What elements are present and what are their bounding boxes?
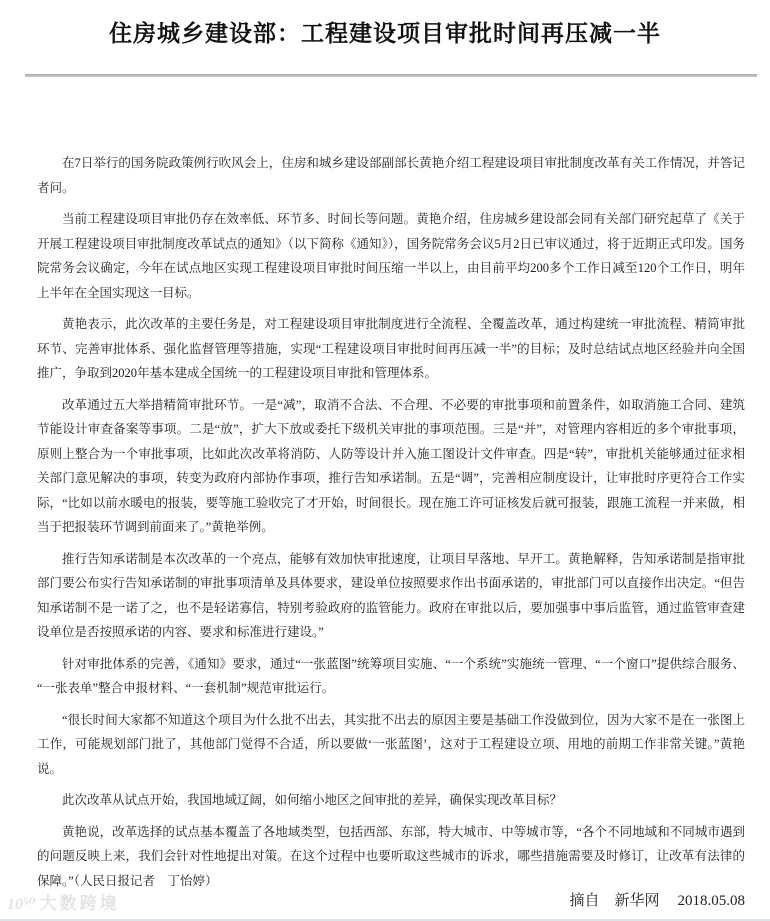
title-divider xyxy=(25,74,757,77)
article-paragraph: 当前工程建设项目审批仍存在效率低、环节多、时间长等问题。黄艳介绍，住房城乡建设部… xyxy=(37,207,745,305)
source-name-label: 新华网 xyxy=(614,893,659,909)
article-paragraph: 黄艳说，改革选择的试点基本覆盖了各地域类型，包括西部、东部，特大城市、中等城市等… xyxy=(37,820,745,894)
source-prefix-label: 摘自 xyxy=(569,893,599,909)
article-paragraph: 推行告知承诺制是本次改革的一个亮点，能够有效加快审批速度，让项目早落地、早开工。… xyxy=(37,547,745,645)
article-paragraph: 黄艳表示，此次改革的主要任务是，对工程建设项目审批制度进行全流程、全覆盖改革，通… xyxy=(37,312,745,386)
article-body: 在7日举行的国务院政策例行吹风会上，住房和城乡建设部副部长黄艳介绍工程建设项目审… xyxy=(37,151,745,900)
watermark-text: 大数跨境 xyxy=(40,894,120,913)
article-paragraph: 改革通过五大举措精简审批环节。一是“减”，取消不合法、不合理、不必要的审批事项和… xyxy=(37,393,745,540)
source-date-label: 2018.05.08 xyxy=(678,893,746,909)
page-title: 住房城乡建设部：工程建设项目审批时间再压减一半 xyxy=(0,0,770,49)
article-page: 住房城乡建设部：工程建设项目审批时间再压减一半 在7日举行的国务院政策例行吹风会… xyxy=(0,0,770,921)
article-paragraph: 在7日举行的国务院政策例行吹风会上，住房和城乡建设部副部长黄艳介绍工程建设项目审… xyxy=(37,151,745,200)
article-paragraph: 此次改革从试点开始，我国地域辽阔，如何缩小地区之间审批的差异，确保实现改革目标？ xyxy=(37,788,745,813)
source-attribution: 摘自新华网2018.05.08 xyxy=(569,889,745,910)
watermark-logo-icon: 10⁵⁰ xyxy=(7,896,36,913)
article-paragraph: “很长时间大家都不知道这个项目为什么批不出去，其实批不出去的原因主要是基础工作没… xyxy=(37,708,745,782)
article-paragraph: 针对审批体系的完善，《通知》要求，通过“一张蓝图”统筹项目实施、“一个系统”实施… xyxy=(37,652,745,701)
watermark: 10⁵⁰大数跨境 xyxy=(7,889,120,914)
